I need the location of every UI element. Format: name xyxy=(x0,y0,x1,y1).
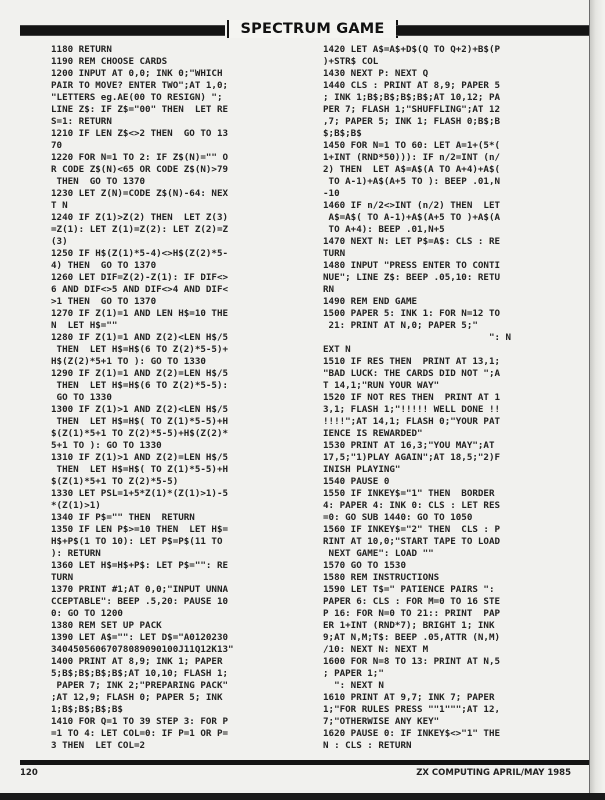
listing-right-column: 1420 LET A$=A$+D$(Q TO Q+2)+B$(P)+STR$ C… xyxy=(323,44,563,752)
code-line: PAPER 7; INK 2;"PREPARING PACK" xyxy=(51,680,281,692)
code-line: 1390 LET A$="": LET D$="A0120230 xyxy=(51,632,281,644)
code-line: 4: PAPER 4: INK 0: CLS : LET RES xyxy=(323,500,563,512)
code-line: THEN LET H$=H$( TO Z(1)*5-5)+H xyxy=(51,464,281,476)
code-line: 0: GO TO 1200 xyxy=(51,608,281,620)
bottom-edge xyxy=(0,793,605,800)
code-line: H$+P$(1 TO 10): LET P$=P$(11 TO xyxy=(51,536,281,548)
code-line: R CODE Z$(N)<65 OR CODE Z$(N)>79 xyxy=(51,164,281,176)
code-line: TURN xyxy=(323,248,563,260)
code-line: THEN LET H$=H$( TO Z(1)*5-5)+H xyxy=(51,416,281,428)
code-line: 1520 IF NOT RES THEN PRINT AT 1 xyxy=(323,392,563,404)
code-line: T 14,1;"RUN YOUR WAY" xyxy=(323,380,563,392)
code-line: 34045056067078089090100J11Q12K13" xyxy=(51,644,281,656)
code-line: EXT N xyxy=(323,344,563,356)
code-line: ;AT 12,9; FLASH 0; PAPER 5; INK xyxy=(51,692,281,704)
code-line: 1600 FOR N=8 TO 13: PRINT AT N,5 xyxy=(323,656,563,668)
code-line: 1360 LET H$=H$+P$: LET P$="": RE xyxy=(51,560,281,572)
code-line: 17,5;"1)PLAY AGAIN";AT 18,5;"2)F xyxy=(323,452,563,464)
code-line: ; PAPER 1;" xyxy=(323,668,563,680)
code-line: 1450 FOR N=1 TO 60: LET A=1+(5*( xyxy=(323,140,563,152)
code-line: 1240 IF Z(1)>Z(2) THEN LET Z(3) xyxy=(51,212,281,224)
code-line: 1620 PAUSE 0: IF INKEY$<>"1" THE xyxy=(323,728,563,740)
code-line: 1460 IF n/2<>INT (n/2) THEN LET xyxy=(323,200,563,212)
code-line: /10: NEXT N: NEXT M xyxy=(323,644,563,656)
code-line: 1440 CLS : PRINT AT 8,9; PAPER 5 xyxy=(323,80,563,92)
code-line: N LET H$="" xyxy=(51,320,281,332)
code-line: INISH PLAYING" xyxy=(323,464,563,476)
code-line: ": NEXT N xyxy=(323,680,563,692)
header-rule-left xyxy=(20,25,225,36)
code-line: 1570 GO TO 1530 xyxy=(323,560,563,572)
code-line: 5+1 TO ): GO TO 1330 xyxy=(51,440,281,452)
code-line: 1270 IF Z(1)=1 AND LEN H$=10 THE xyxy=(51,308,281,320)
code-line: THEN LET H$=H$(6 TO Z(2)*5-5)+ xyxy=(51,344,281,356)
code-line: S=1: RETURN xyxy=(51,116,281,128)
footer-rule xyxy=(20,760,605,765)
listing-left-column: 1180 RETURN1190 REM CHOOSE CARDS1200 INP… xyxy=(51,44,281,752)
code-line: "BAD LUCK: THE CARDS DID NOT ";A xyxy=(323,368,563,380)
code-line: GO TO 1330 xyxy=(51,392,281,404)
code-line: PAPER 6: CLS : FOR M=0 TO 16 STE xyxy=(323,596,563,608)
code-line: 1500 PAPER 5: INK 1: FOR N=12 TO xyxy=(323,308,563,320)
code-line: RINT AT 10,0;"START TAPE TO LOAD xyxy=(323,536,563,548)
code-line: 1490 REM END GAME xyxy=(323,296,563,308)
code-line: H$(Z(2)*5+1 TO ): GO TO 1330 xyxy=(51,356,281,368)
section-title: SPECTRUM GAME xyxy=(227,20,398,38)
code-line: 1230 LET Z(N)=CODE Z$(N)-64: NEX xyxy=(51,188,281,200)
code-line: 1340 IF P$="" THEN RETURN xyxy=(51,512,281,524)
code-line: 1410 FOR Q=1 TO 39 STEP 3: FOR P xyxy=(51,716,281,728)
code-line: ): RETURN xyxy=(51,548,281,560)
code-line: ": N xyxy=(323,332,563,344)
code-line: 1530 PRINT AT 16,3;"YOU MAY";AT xyxy=(323,440,563,452)
code-line: 1560 IF INKEY$="2" THEN CLS : P xyxy=(323,524,563,536)
code-line: 1+INT (RND*50))): IF n/2=INT (n/ xyxy=(323,152,563,164)
page-number: 120 xyxy=(20,768,38,778)
code-line: $(Z(1)*5+1 TO Z(2)*5-5) xyxy=(51,476,281,488)
code-line: N : CLS : RETURN xyxy=(323,740,563,752)
code-line: 1310 IF Z(1)>1 AND Z(2)=LEN H$/5 xyxy=(51,452,281,464)
code-line: (3) xyxy=(51,236,281,248)
magazine-credit: ZX COMPUTING APRIL/MAY 1985 xyxy=(416,768,571,778)
code-line: THEN LET H$=H$(6 TO Z(2)*5-5): xyxy=(51,380,281,392)
code-line: $;B$;B$ xyxy=(323,128,563,140)
code-line: 1610 PRINT AT 9,7; INK 7; PAPER xyxy=(323,692,563,704)
code-line: !!!!";AT 14,1; FLASH 0;"YOUR PAT xyxy=(323,416,563,428)
code-line: 1580 REM INSTRUCTIONS xyxy=(323,572,563,584)
code-line: 1260 LET DIF=Z(2)-Z(1): IF DIF<> xyxy=(51,272,281,284)
code-line: T N xyxy=(51,200,281,212)
code-line: 1420 LET A$=A$+D$(Q TO Q+2)+B$(P xyxy=(323,44,563,56)
code-line: 1470 NEXT N: LET P$=A$: CLS : RE xyxy=(323,236,563,248)
code-line: 1250 IF H$(Z(1)*5-4)<>H$(Z(2)*5- xyxy=(51,248,281,260)
magazine-page: SPECTRUM GAME 1180 RETURN1190 REM CHOOSE… xyxy=(0,0,590,800)
code-line: 21: PRINT AT N,0; PAPER 5;" xyxy=(323,320,563,332)
code-line: LINE Z$: IF Z$="00" THEN LET RE xyxy=(51,104,281,116)
code-line: 1550 IF INKEY$="1" THEN BORDER xyxy=(323,488,563,500)
code-line: NUE"; LINE Z$: BEEP .05,10: RETU xyxy=(323,272,563,284)
code-line: A$=A$( TO A-1)+A$(A+5 TO )+A$(A xyxy=(323,212,563,224)
code-line: 1330 LET PSL=1+5*Z(1)*(Z(1)>1)-5 xyxy=(51,488,281,500)
code-line: PAIR TO MOVE? ENTER TWO";AT 1,0; xyxy=(51,80,281,92)
code-line: 1430 NEXT P: NEXT Q xyxy=(323,68,563,80)
code-line: 5;B$;B$;B$;B$;AT 10,10; FLASH 1; xyxy=(51,668,281,680)
code-line: 1590 LET T$=" PATIENCE PAIRS ": xyxy=(323,584,563,596)
header-rule-right xyxy=(396,25,605,36)
code-line: 4) THEN GO TO 1370 xyxy=(51,260,281,272)
code-line: $(Z(1)*5+1 TO Z(2)*5-5)+H$(Z(2)* xyxy=(51,428,281,440)
code-line: "LETTERS eg.AE(00 TO RESIGN) "; xyxy=(51,92,281,104)
code-line: 1480 INPUT "PRESS ENTER TO CONTI xyxy=(323,260,563,272)
code-line: *(Z(1)>1) xyxy=(51,500,281,512)
code-line: 1370 PRINT #1;AT 0,0;"INPUT UNNA xyxy=(51,584,281,596)
code-line: 1280 IF Z(1)=1 AND Z(2)<LEN H$/5 xyxy=(51,332,281,344)
code-line: =0: GO SUB 1440: GO TO 1050 xyxy=(323,512,563,524)
code-line: 9;AT N,M;T$: BEEP .05,ATTR (N,M) xyxy=(323,632,563,644)
code-line: 1380 REM SET UP PACK xyxy=(51,620,281,632)
code-line: 3 THEN LET COL=2 xyxy=(51,740,281,752)
code-line: 1300 IF Z(1)>1 AND Z(2)<LEN H$/5 xyxy=(51,404,281,416)
code-line: 1;"FOR RULES PRESS ""1""";AT 12, xyxy=(323,704,563,716)
code-line: TO A-1)+A$(A+5 TO ): BEEP .01,N xyxy=(323,176,563,188)
code-line: TO A+4): BEEP .01,N+5 xyxy=(323,224,563,236)
code-line: 7;"OTHERWISE ANY KEY" xyxy=(323,716,563,728)
code-line: ,7; PAPER 5; INK 1; FLASH 0;B$;B xyxy=(323,116,563,128)
code-line: ; INK 1;B$;B$;B$;B$;AT 10,12; PA xyxy=(323,92,563,104)
code-line: 1510 IF RES THEN PRINT AT 13,1; xyxy=(323,356,563,368)
code-line: 1;B$;B$;B$;B$ xyxy=(51,704,281,716)
facing-page-edge xyxy=(589,0,605,800)
code-line: 1200 INPUT AT 0,0; INK 0;"WHICH xyxy=(51,68,281,80)
code-line: 70 xyxy=(51,140,281,152)
code-line: -10 xyxy=(323,188,563,200)
code-line: RN xyxy=(323,284,563,296)
code-line: CCEPTABLE": BEEP .5,20: PAUSE 10 xyxy=(51,596,281,608)
code-line: PER 7; FLASH 1;"SHUFFLING";AT 12 xyxy=(323,104,563,116)
code-line: 1400 PRINT AT 8,9; INK 1; PAPER xyxy=(51,656,281,668)
code-line: 1290 IF Z(1)=1 AND Z(2)=LEN H$/5 xyxy=(51,368,281,380)
section-header: SPECTRUM GAME xyxy=(20,23,605,36)
code-line: 6 AND DIF<>5 AND DIF<>4 AND DIF< xyxy=(51,284,281,296)
code-line: =Z(1): LET Z(1)=Z(2): LET Z(2)=Z xyxy=(51,224,281,236)
code-line: NEXT GAME": LOAD "" xyxy=(323,548,563,560)
code-line: 3,1; FLASH 1;"!!!!! WELL DONE !! xyxy=(323,404,563,416)
code-line: THEN GO TO 1370 xyxy=(51,176,281,188)
code-line: IENCE IS REWARDED" xyxy=(323,428,563,440)
code-line: ER 1+INT (RND*7); BRIGHT 1; INK xyxy=(323,620,563,632)
code-line: 2) THEN LET A$=A$(A TO A+4)+A$( xyxy=(323,164,563,176)
code-line: P 16: FOR N=0 TO 21:: PRINT PAP xyxy=(323,608,563,620)
code-line: 1540 PAUSE 0 xyxy=(323,476,563,488)
code-line: 1180 RETURN xyxy=(51,44,281,56)
code-line: )+STR$ COL xyxy=(323,56,563,68)
code-line: 1350 IF LEN P$>=10 THEN LET H$= xyxy=(51,524,281,536)
code-line: 1190 REM CHOOSE CARDS xyxy=(51,56,281,68)
code-line: =1 TO 4: LET COL=0: IF P=1 OR P= xyxy=(51,728,281,740)
code-line: TURN xyxy=(51,572,281,584)
code-line: >1 THEN GO TO 1370 xyxy=(51,296,281,308)
code-line: 1210 IF LEN Z$<>2 THEN GO TO 13 xyxy=(51,128,281,140)
code-line: 1220 FOR N=1 TO 2: IF Z$(N)="" O xyxy=(51,152,281,164)
